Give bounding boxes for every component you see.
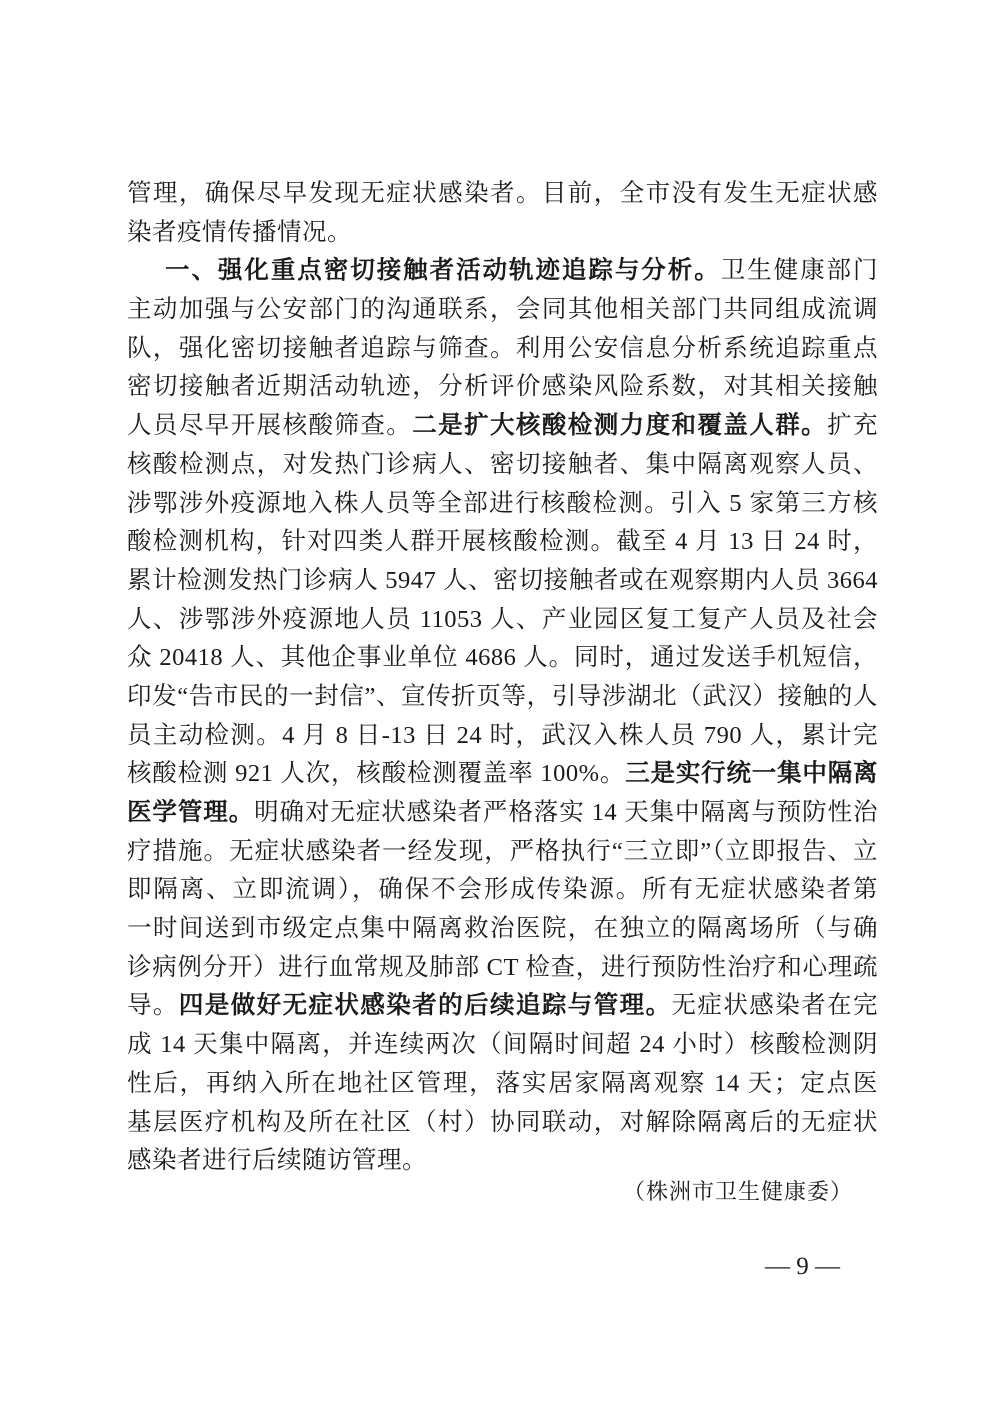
text-line: 员主动检测。4 月 8 日-13 日 24 时，武汉入株人员 790 人，累计完… bbox=[127, 717, 878, 756]
text-segment: 主动加强与公安部门的沟通联系，会同其他相关部门共同组成流调 bbox=[127, 296, 878, 323]
text-segment: 核酸检测点，对发热门诊病人、密切接触者、集中隔离观察人员、 bbox=[127, 451, 878, 478]
text-segment-bold: 一、强化重点密切接触者活动轨迹追踪与分析。 bbox=[165, 257, 721, 284]
text-segment: 印发“告市民的一封信”、宣传折页等，引导涉湖北（武汉）接触的人 bbox=[127, 683, 878, 710]
text-segment-bold: 二是扩大核酸检测力度和覆盖人群。 bbox=[412, 412, 827, 439]
text-line: 队，强化密切接触者追踪与筛查。利用公安信息分析系统追踪重点 bbox=[127, 330, 878, 369]
text-line: 印发“告市民的一封信”、宣传折页等，引导涉湖北（武汉）接触的人 bbox=[127, 678, 878, 717]
text-line: 即隔离、立即流调），确保不会形成传染源。所有无症状感染者第 bbox=[127, 871, 878, 910]
text-segment: 即隔离、立即流调），确保不会形成传染源。所有无症状感染者第 bbox=[127, 876, 878, 903]
text-segment: 涉鄂涉外疫源地入株人员等全部进行核酸检测。引入 5 家第三方核 bbox=[127, 490, 878, 517]
text-line: 核酸检测点，对发热门诊病人、密切接触者、集中隔离观察人员、 bbox=[127, 446, 878, 485]
text-line: 基层医疗机构及所在社区（村）协同联动，对解除隔离后的无症状 bbox=[127, 1104, 878, 1143]
text-line: 医学管理。明确对无症状感染者严格落实 14 天集中隔离与预防性治 bbox=[127, 794, 878, 833]
text-line: 感染者进行后续随访管理。 bbox=[127, 1142, 878, 1181]
text-segment: 无症状感染者在完 bbox=[672, 992, 879, 1019]
text-segment: 员主动检测。4 月 8 日-13 日 24 时，武汉入株人员 790 人，累计完… bbox=[127, 722, 878, 756]
text-segment: 管理，确保尽早发现无症状感染者。目前，全市没有发生无症状感 bbox=[127, 180, 878, 207]
text-segment: 密切接触者近期活动轨迹，分析评价感染风险系数，对其相关接触 bbox=[127, 373, 878, 400]
text-line: 成 14 天集中隔离，并连续两次（间隔时间超 24 小时）核酸检测阴 bbox=[127, 1026, 878, 1065]
text-segment: 卫生健康部门 bbox=[721, 257, 878, 284]
text-line: 导。四是做好无症状感染者的后续追踪与管理。无症状感染者在完 bbox=[127, 987, 878, 1026]
text-line: 疗措施。无症状感染者一经发现，严格执行“三立即”（立即报告、立 bbox=[127, 833, 878, 872]
text-line: 众 20418 人、其他企事业单位 4686 人。同时，通过发送手机短信， bbox=[127, 639, 878, 678]
text-segment: 诊病例分开）进行血常规及肺部 CT 检查，进行预防性治疗和心理疏 bbox=[127, 954, 878, 981]
text-segment: 疗措施。无症状感染者一经发现，严格执行“三立即”（立即报告、立 bbox=[127, 838, 878, 865]
text-line: 一、强化重点密切接触者活动轨迹追踪与分析。卫生健康部门 bbox=[127, 252, 878, 291]
text-segment: 累计检测发热门诊病人 5947 人、密切接触者或在观察期内人员 3664 bbox=[127, 567, 878, 594]
text-segment: 一时间送到市级定点集中隔离救治医院，在独立的隔离场所（与确 bbox=[127, 915, 878, 942]
text-segment-bold: 三是实行统一集中隔离 bbox=[625, 760, 878, 787]
text-line: 染者疫情传播情况。 bbox=[127, 214, 878, 253]
text-line: 诊病例分开）进行血常规及肺部 CT 检查，进行预防性治疗和心理疏 bbox=[127, 949, 878, 988]
text-line: 人、涉鄂涉外疫源地人员 11053 人、产业园区复工复产人员及社会公 bbox=[127, 601, 878, 640]
text-segment: 明确对无症状感染者严格落实 14 天集中隔离与预防性治 bbox=[254, 799, 878, 826]
text-segment: 感染者进行后续随访管理。 bbox=[127, 1147, 427, 1174]
text-segment: 众 20418 人、其他企事业单位 4686 人。同时，通过发送手机短信， bbox=[127, 644, 878, 671]
text-line: 一时间送到市级定点集中隔离救治医院，在独立的隔离场所（与确 bbox=[127, 910, 878, 949]
text-segment: 人、涉鄂涉外疫源地人员 11053 人、产业园区复工复产人员及社会公 bbox=[127, 606, 878, 640]
text-line: 涉鄂涉外疫源地入株人员等全部进行核酸检测。引入 5 家第三方核 bbox=[127, 485, 878, 524]
text-segment: 人员尽早开展核酸筛查。 bbox=[127, 412, 412, 439]
text-segment: 导。 bbox=[127, 992, 179, 1019]
text-segment: 染者疫情传播情况。 bbox=[127, 219, 352, 246]
text-line: 主动加强与公安部门的沟通联系，会同其他相关部门共同组成流调 bbox=[127, 291, 878, 330]
text-line: 酸检测机构，针对四类人群开展核酸检测。截至 4 月 13 日 24 时， bbox=[127, 523, 878, 562]
text-segment: 酸检测机构，针对四类人群开展核酸检测。截至 4 月 13 日 24 时， bbox=[127, 528, 878, 555]
text-line: 核酸检测 921 人次，核酸检测覆盖率 100%。三是实行统一集中隔离 bbox=[127, 755, 878, 794]
text-line: 累计检测发热门诊病人 5947 人、密切接触者或在观察期内人员 3664 bbox=[127, 562, 878, 601]
text-segment: 性后，再纳入所在地社区管理，落实居家隔离观察 14 天；定点医院、 bbox=[127, 1070, 878, 1104]
text-line: 性后，再纳入所在地社区管理，落实居家隔离观察 14 天；定点医院、 bbox=[127, 1065, 878, 1104]
text-segment: 成 14 天集中隔离，并连续两次（间隔时间超 24 小时）核酸检测阴 bbox=[127, 1031, 878, 1058]
text-line: 人员尽早开展核酸筛查。二是扩大核酸检测力度和覆盖人群。扩充 bbox=[127, 407, 878, 446]
text-segment: 基层医疗机构及所在社区（村）协同联动，对解除隔离后的无症状 bbox=[127, 1109, 878, 1136]
text-line: 管理，确保尽早发现无症状感染者。目前，全市没有发生无症状感 bbox=[127, 175, 878, 214]
text-segment: 核酸检测 921 人次，核酸检测覆盖率 100%。 bbox=[127, 760, 625, 787]
text-segment-bold: 四是做好无症状感染者的后续追踪与管理。 bbox=[179, 992, 672, 1019]
page-number: — 9 — bbox=[765, 1252, 840, 1282]
attribution-line: （株洲市卫生健康委） bbox=[623, 1177, 853, 1207]
text-segment: 队，强化密切接触者追踪与筛查。利用公安信息分析系统追踪重点 bbox=[127, 335, 878, 362]
text-line: 密切接触者近期活动轨迹，分析评价感染风险系数，对其相关接触 bbox=[127, 368, 878, 407]
text-segment-bold: 医学管理。 bbox=[127, 799, 254, 826]
text-segment: 扩充 bbox=[827, 412, 878, 439]
document-page: 管理，确保尽早发现无症状感染者。目前，全市没有发生无症状感染者疫情传播情况。一、… bbox=[0, 0, 992, 1403]
document-body: 管理，确保尽早发现无症状感染者。目前，全市没有发生无症状感染者疫情传播情况。一、… bbox=[127, 175, 878, 1181]
